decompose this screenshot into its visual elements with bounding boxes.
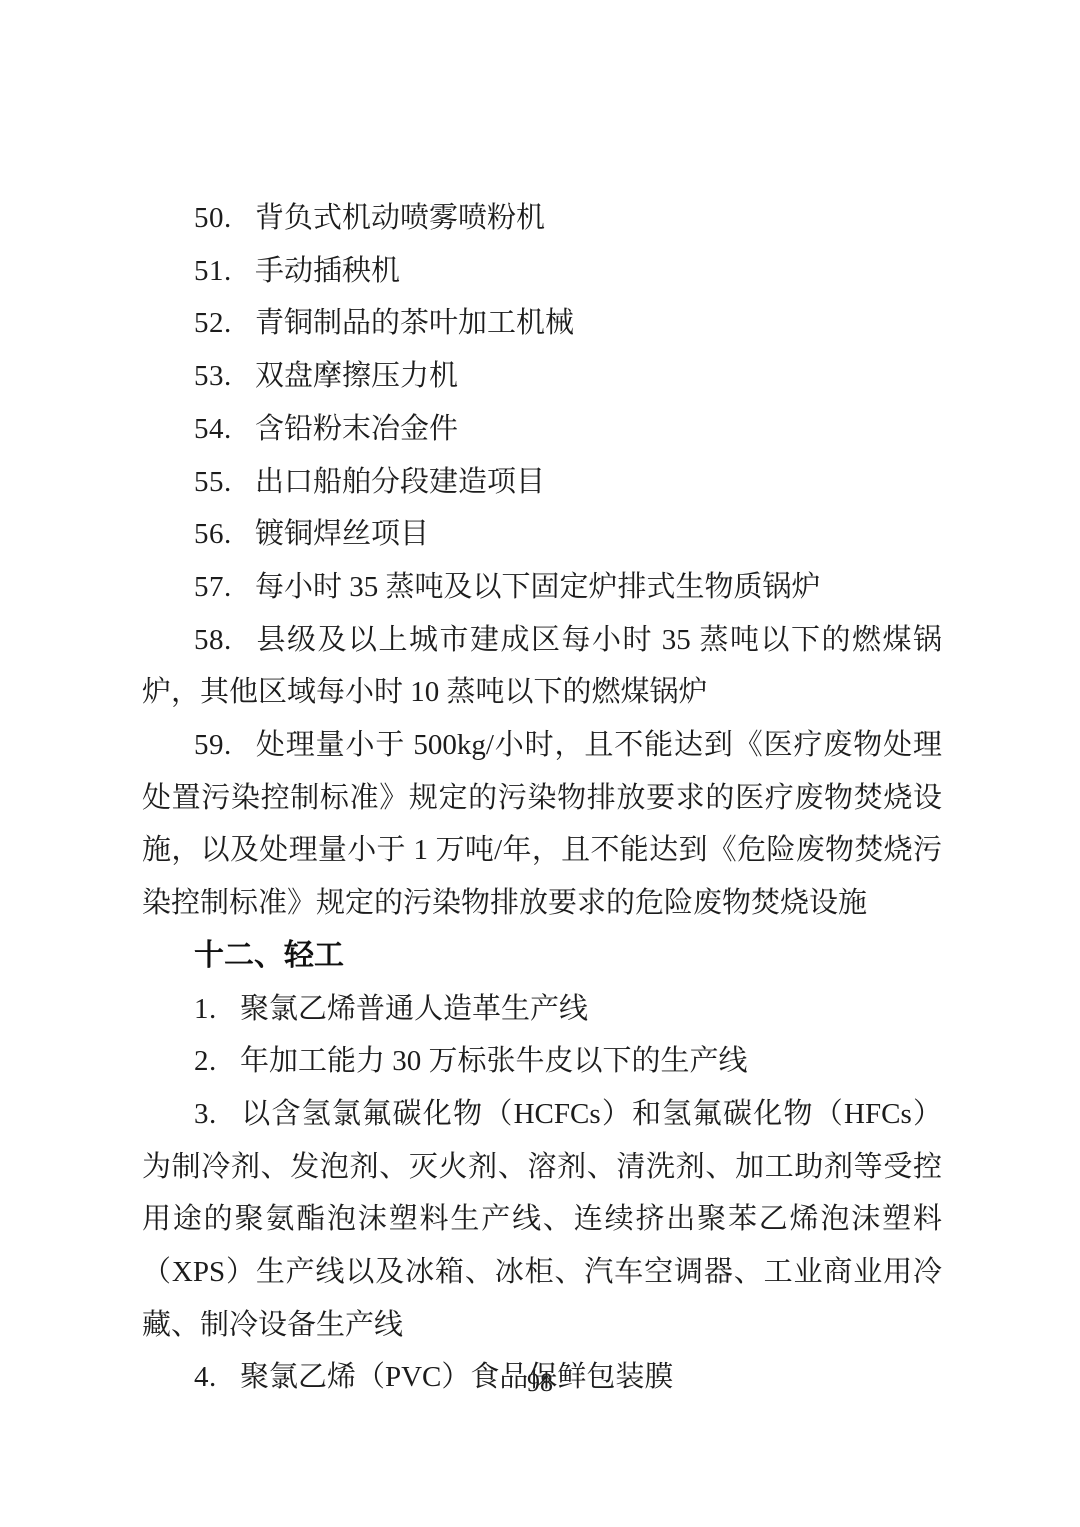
item-text: 青铜制品的茶叶加工机械 (255, 307, 574, 339)
section-heading: 十二、轻工 (142, 930, 942, 983)
list-item-59: 59.处理量小于 500kg/小时，且不能达到《医疗废物处理处置污染控制标准》规… (142, 719, 942, 930)
list-item-1: 1.聚氯乙烯普通人造革生产线 (142, 983, 942, 1036)
list-item-58: 58.县级及以上城市建成区每小时 35 蒸吨以下的燃煤锅炉，其他区域每小时 10… (142, 614, 942, 719)
item-number: 56. (194, 518, 232, 550)
item-text: 含铅粉末冶金件 (255, 413, 458, 445)
document-page: 50.背负式机动喷雾喷粉机 51.手动插秧机 52.青铜制品的茶叶加工机械 53… (0, 0, 1080, 1527)
item-text: 县级及以上城市建成区每小时 35 蒸吨以下的燃煤锅炉，其他区域每小时 10 蒸吨… (142, 624, 942, 709)
item-number: 53. (194, 360, 232, 392)
list-item-57: 57.每小时 35 蒸吨及以下固定炉排式生物质锅炉 (142, 561, 942, 614)
item-number: 59. (194, 729, 232, 761)
item-text: 每小时 35 蒸吨及以下固定炉排式生物质锅炉 (255, 571, 821, 603)
item-text: 出口船舶分段建造项目 (255, 466, 545, 498)
list-item-50: 50.背负式机动喷雾喷粉机 (142, 192, 942, 245)
item-text: 处理量小于 500kg/小时，且不能达到《医疗废物处理处置污染控制标准》规定的污… (142, 729, 942, 919)
list-item-53: 53.双盘摩擦压力机 (142, 350, 942, 403)
item-number: 1. (194, 993, 217, 1025)
list-item-56: 56.镀铜焊丝项目 (142, 508, 942, 561)
page-number: 98 (0, 1363, 1080, 1403)
item-text: 以含氢氯氟碳化物（HCFCs）和氢氟碳化物（HFCs）为制冷剂、发泡剂、灭火剂、… (142, 1098, 942, 1341)
item-number: 2. (194, 1045, 217, 1077)
item-text: 镀铜焊丝项目 (255, 518, 429, 550)
item-number: 3. (194, 1098, 217, 1130)
item-text: 手动插秧机 (255, 255, 400, 287)
item-text: 聚氯乙烯普通人造革生产线 (240, 993, 588, 1025)
item-number: 54. (194, 413, 232, 445)
document-body: 50.背负式机动喷雾喷粉机 51.手动插秧机 52.青铜制品的茶叶加工机械 53… (142, 192, 942, 1404)
item-number: 58. (194, 624, 232, 656)
item-number: 51. (194, 255, 232, 287)
item-number: 55. (194, 466, 232, 498)
item-text: 背负式机动喷雾喷粉机 (255, 202, 545, 234)
item-number: 57. (194, 571, 232, 603)
list-item-3: 3.以含氢氯氟碳化物（HCFCs）和氢氟碳化物（HFCs）为制冷剂、发泡剂、灭火… (142, 1088, 942, 1352)
item-number: 52. (194, 307, 232, 339)
item-number: 50. (194, 202, 232, 234)
list-item-51: 51.手动插秧机 (142, 245, 942, 298)
list-item-2: 2.年加工能力 30 万标张牛皮以下的生产线 (142, 1035, 942, 1088)
item-text: 双盘摩擦压力机 (255, 360, 458, 392)
list-item-54: 54.含铅粉末冶金件 (142, 403, 942, 456)
list-item-52: 52.青铜制品的茶叶加工机械 (142, 297, 942, 350)
item-text: 年加工能力 30 万标张牛皮以下的生产线 (240, 1045, 748, 1077)
list-item-55: 55.出口船舶分段建造项目 (142, 456, 942, 509)
